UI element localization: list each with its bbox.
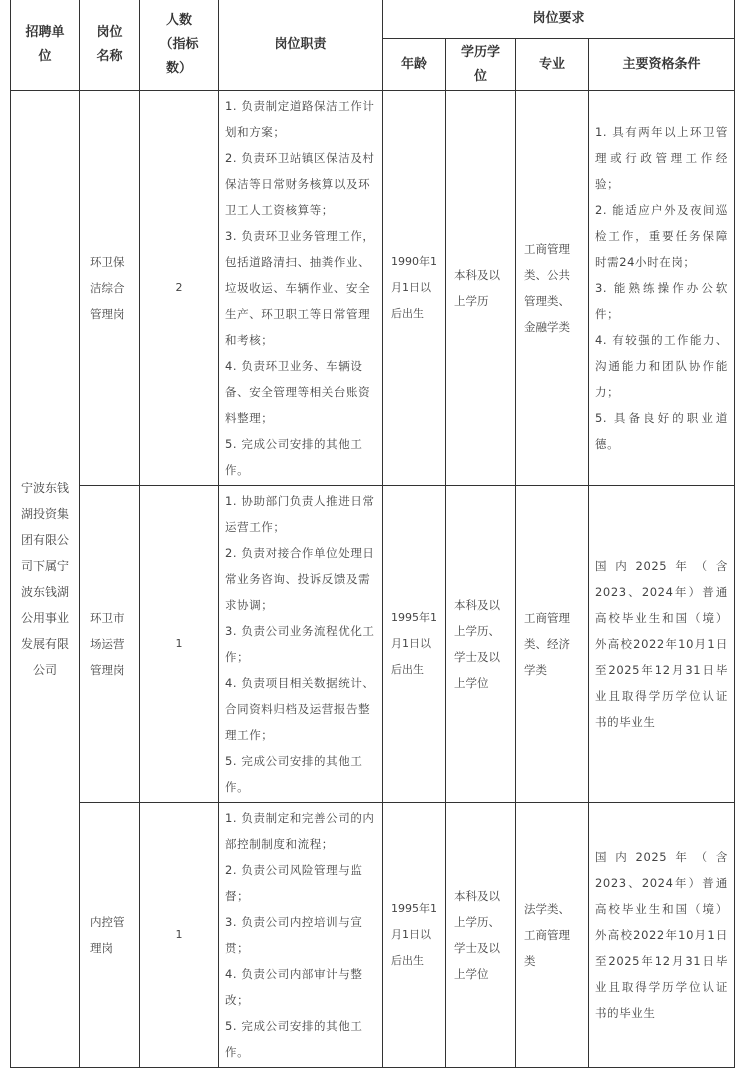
headcount: 1: [140, 803, 219, 1068]
table-row: 宁波东钱湖投资集团有限公司下属宁波东钱湖公用事业发展有限公司 环卫保洁综合管理岗…: [11, 91, 735, 486]
header-qualifications: 主要资格条件: [589, 39, 735, 91]
education-requirement: 本科及以上学历、学士及以上学位: [446, 803, 516, 1068]
major-requirement: 法学类、工商管理类: [516, 803, 589, 1068]
education-requirement: 本科及以上学历: [446, 91, 516, 486]
qualifications: 1. 具有两年以上环卫管理或行政管理工作经验； 2. 能适应户外及夜间巡检工作，…: [589, 91, 735, 486]
qualifications: 国内2025年（含2023、2024年）普通高校毕业生和国（境）外高校2022年…: [589, 486, 735, 803]
headcount: 1: [140, 486, 219, 803]
duties: 1. 负责制定道路保洁工作计划和方案； 2. 负责环卫站镇区保洁及村保洁等日常财…: [219, 91, 383, 486]
duties: 1. 负责制定和完善公司的内部控制制度和流程； 2. 负责公司风险管理与监督； …: [219, 803, 383, 1068]
header-headcount: 人数（指标数）: [140, 0, 219, 91]
age-requirement: 1995年1月1日以后出生: [383, 803, 446, 1068]
education-requirement: 本科及以上学历、学士及以上学位: [446, 486, 516, 803]
header-requirements: 岗位要求: [383, 0, 735, 39]
position-name: 环卫市场运营管理岗: [80, 486, 140, 803]
header-major: 专业: [516, 39, 589, 91]
table-row: 环卫市场运营管理岗 1 1. 协助部门负责人推进日常运营工作； 2. 负责对接合…: [11, 486, 735, 803]
recruiting-unit: 宁波东钱湖投资集团有限公司下属宁波东钱湖公用事业发展有限公司: [11, 91, 80, 1068]
header-education: 学历学位: [446, 39, 516, 91]
table-row: 内控管理岗 1 1. 负责制定和完善公司的内部控制制度和流程； 2. 负责公司风…: [11, 803, 735, 1068]
qualifications: 国内2025年（含2023、2024年）普通高校毕业生和国（境）外高校2022年…: [589, 803, 735, 1068]
recruitment-table: 招聘单位 岗位名称 人数（指标数） 岗位职责 岗位要求 年龄 学历学位 专业 主…: [10, 0, 735, 1068]
duties: 1. 协助部门负责人推进日常运营工作； 2. 负责对接合作单位处理日常业务咨询、…: [219, 486, 383, 803]
position-name: 环卫保洁综合管理岗: [80, 91, 140, 486]
header-position-name: 岗位名称: [80, 0, 140, 91]
headcount: 2: [140, 91, 219, 486]
age-requirement: 1995年1月1日以后出生: [383, 486, 446, 803]
age-requirement: 1990年1月1日以后出生: [383, 91, 446, 486]
header-duties: 岗位职责: [219, 0, 383, 91]
header-unit: 招聘单位: [11, 0, 80, 91]
header-age: 年龄: [383, 39, 446, 91]
major-requirement: 工商管理类、经济学类: [516, 486, 589, 803]
position-name: 内控管理岗: [80, 803, 140, 1068]
major-requirement: 工商管理类、公共管理类、金融学类: [516, 91, 589, 486]
